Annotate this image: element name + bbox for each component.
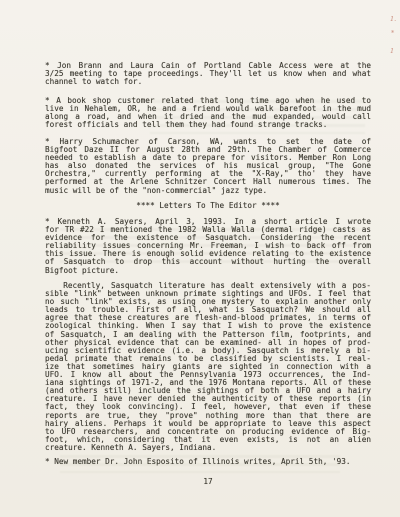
text-line: forest officials and tell them they had … (45, 121, 371, 129)
news-item: * Harry Schumacher of Carson, WA, wants … (45, 138, 371, 195)
text-line: music will be of the "non-commercial" ja… (45, 187, 371, 195)
margin-annotation: 1. (390, 16, 396, 23)
page-number: 17 (45, 478, 371, 486)
text-line: channel to watch for. (45, 78, 371, 86)
letter-paragraph: * Kenneth A. Sayers, April 3, 1993. In a… (45, 218, 371, 275)
text-line: Bigfoot picture. (45, 267, 371, 275)
news-item: * Jon Brann and Laura Cain of Portland C… (45, 62, 371, 86)
margin-annotation: * (391, 30, 394, 37)
letter-paragraph: Recently, Sasquatch literature has dealt… (45, 282, 371, 452)
text-line: creature. Kenneth A. Sayers, Indiana. (45, 444, 371, 452)
letter-paragraph: * New member Dr. John Esposito of Illino… (45, 458, 371, 466)
text-line: * New member Dr. John Esposito of Illino… (45, 458, 371, 466)
margin-annotation: 1 (390, 48, 394, 55)
scanned-newsletter-page: * Jon Brann and Laura Cain of Portland C… (0, 0, 400, 517)
news-item: * A book shop customer related that long… (45, 97, 371, 129)
section-heading: **** Letters To The Editor **** (45, 202, 371, 210)
